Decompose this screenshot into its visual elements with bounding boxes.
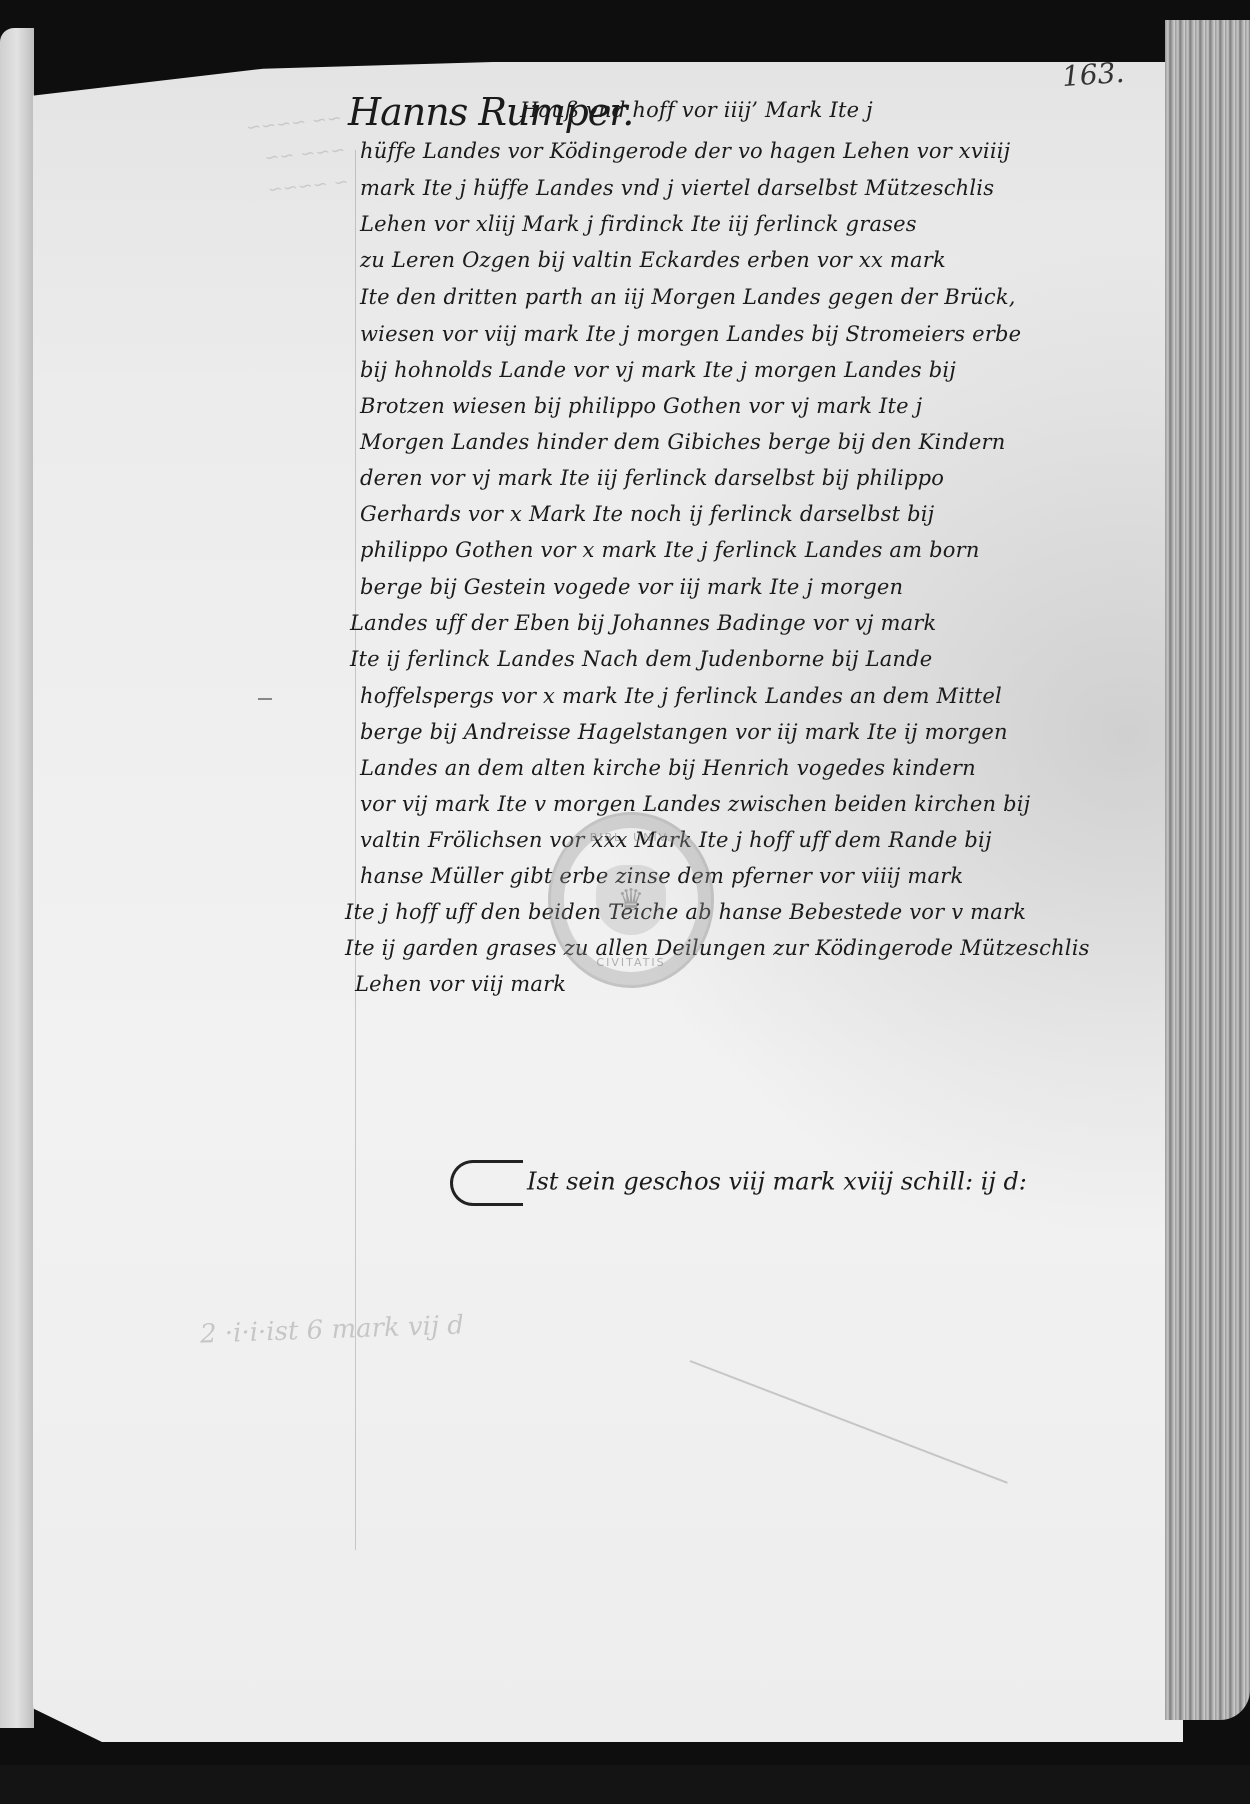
text-line-24: Ite ij garden grases zu allen Deilungen … [345, 936, 1090, 960]
text-line-10: Morgen Landes hinder dem Gibiches berge … [360, 430, 1005, 454]
text-line-13: philippo Gothen vor x mark Ite j ferlinc… [360, 538, 980, 562]
text-line-9: Brotzen wiesen bij philippo Gothen vor v… [360, 394, 922, 418]
text-line-11: deren vor vj mark Ite iij ferlinck darse… [360, 466, 944, 490]
text-line-18: berge bij Andreisse Hagelstangen vor iij… [360, 720, 1008, 744]
stamp-top-text: BIBL. UNIV. [551, 831, 711, 844]
text-line-15: Landes uff der Eben bij Johannes Badinge… [350, 611, 936, 635]
text-line-4: Lehen vor xliij Mark j firdinck Ite iij … [360, 212, 917, 236]
text-line-5: zu Leren Ozgen bij valtin Eckardes erben… [360, 248, 946, 272]
lion-icon: ♛ [596, 883, 666, 918]
text-line-20: vor vij mark Ite v morgen Landes zwische… [360, 792, 1030, 816]
text-line-3: mark Ite j hüffe Landes vnd j viertel da… [360, 176, 994, 200]
margin-dash-mark [258, 698, 272, 700]
text-line-7: wiesen vor viij mark Ite j morgen Landes… [360, 322, 1021, 346]
closing-line: Ist sein geschos viij mark xviij schill:… [450, 1160, 1027, 1206]
scan-background: ~~ ~~~~ ~~~ ~~ ~ ~~~~ 163. Hanns Rumper.… [0, 0, 1250, 1804]
text-line-6: Ite den dritten parth an iij Morgen Land… [360, 285, 1016, 309]
page-number: 163. [1061, 56, 1125, 93]
bottom-shadow [0, 1765, 1250, 1804]
closing-line-text: Ist sein geschos viij mark xviij schill:… [527, 1168, 1027, 1196]
text-line-25: Lehen vor viij mark [355, 972, 566, 996]
text-line-16: Ite ij ferlinck Landes Nach dem Judenbor… [350, 647, 932, 671]
text-line-12: Gerhards vor x Mark Ite noch ij ferlinck… [360, 502, 934, 526]
text-line-14: berge bij Gestein vogede vor iij mark It… [360, 575, 903, 599]
text-line-17: hoffelspergs vor x mark Ite j ferlinck L… [360, 684, 1002, 708]
bleed-through-top-margin: ~~ ~~~~ ~~~ ~~ ~ ~~~~ [191, 103, 359, 298]
text-line-1: Hauß vnd hoff vor iiij’ Mark Ite j [520, 98, 873, 122]
page-stack-edges [1165, 20, 1250, 1720]
library-stamp: BIBL. UNIV. ♛ CIVITATIS [548, 812, 714, 988]
left-page-edge [0, 28, 34, 1728]
text-line-2: hüffe Landes vor Ködingerode der vo hage… [360, 139, 1010, 163]
text-line-8: bij hohnolds Lande vor vj mark Ite j mor… [360, 358, 956, 382]
stamp-emblem-lion-icon: ♛ [596, 865, 666, 935]
stamp-bottom-text: CIVITATIS [551, 956, 711, 969]
text-line-19: Landes an dem alten kirche bij Henrich v… [360, 756, 976, 780]
flourish-icon [450, 1160, 523, 1206]
